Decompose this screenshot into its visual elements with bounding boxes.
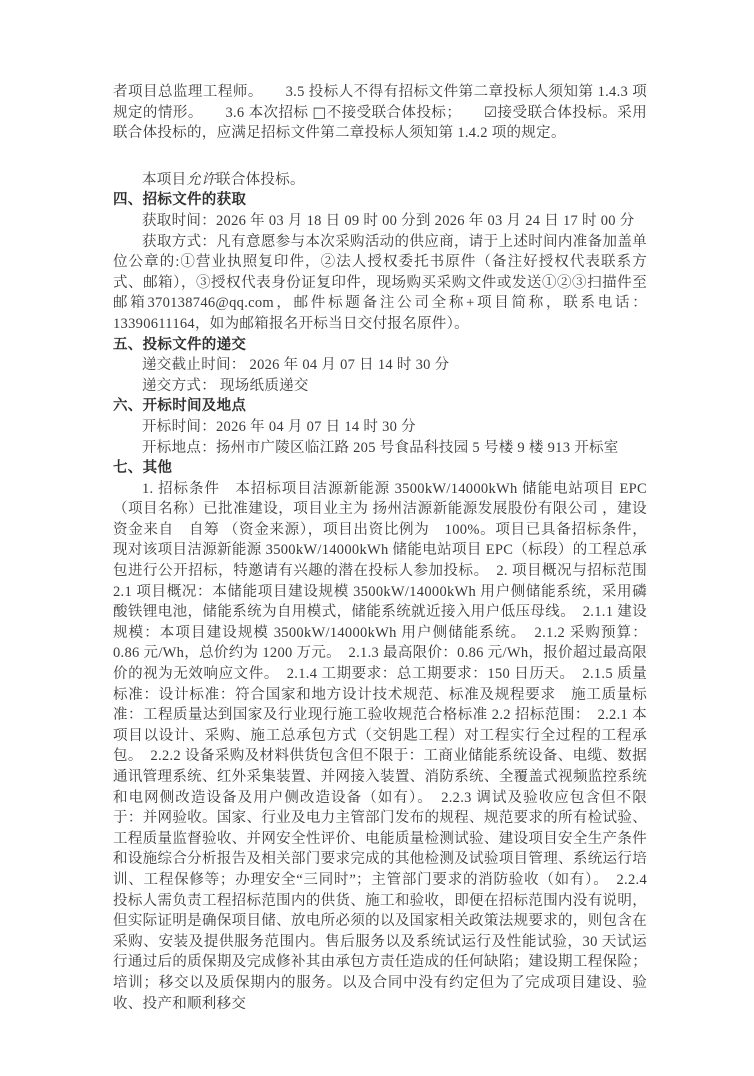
bid-requirements-text-2: 不接受联合体投标； <box>327 105 484 121</box>
submit-deadline-line: 递交截止时间： 2026 年 04 月 07 日 14 时 30 分 <box>113 355 647 376</box>
obtain-method-paragraph: 获取方式：凡有意愿参与本次采购活动的供应商，请于上述时间内准备加盖单位公章的:①… <box>113 232 647 335</box>
other-details-paragraph: 1. 招标条件 本招标项目洁源新能源 3500kW/14000kWh 储能电站项… <box>113 479 647 1014</box>
paragraph-bid-requirements: 者项目总监理工程师。 3.5 投标人不得有招标文件第二章投标人须知第 1.4.3… <box>113 82 647 144</box>
paragraph-joint-bid-allowed: 本项目允许联合体投标。 <box>113 170 647 191</box>
obtain-time-line: 获取时间：2026 年 03 月 18 日 09 时 00 分到 2026 年 … <box>113 211 647 232</box>
section-title-other: 七、其他 <box>113 458 647 479</box>
checkbox-unchecked-icon: □ <box>313 105 327 121</box>
document-page: 者项目总监理工程师。 3.5 投标人不得有招标文件第二章投标人须知第 1.4.3… <box>0 0 754 1076</box>
checkbox-checked-icon: ☑ <box>484 105 497 121</box>
document-content: 者项目总监理工程师。 3.5 投标人不得有招标文件第二章投标人须知第 1.4.3… <box>113 82 647 1014</box>
section-title-obtain-documents: 四、招标文件的获取 <box>113 190 647 211</box>
joint-bid-allowed-emphasis: 允许 <box>186 172 216 188</box>
opening-location-line: 开标地点：扬州市广陵区临江路 205 号食品科技园 5 号楼 9 楼 913 开… <box>113 438 647 459</box>
joint-bid-prefix: 本项目 <box>142 172 186 188</box>
opening-time-line: 开标时间：2026 年 04 月 07 日 14 时 30 分 <box>113 417 647 438</box>
section-title-submit-documents: 五、投标文件的递交 <box>113 335 647 356</box>
joint-bid-suffix: 联合体投标。 <box>216 172 305 188</box>
submit-method-line: 递交方式： 现场纸质递交 <box>113 376 647 397</box>
section-title-bid-opening: 六、开标时间及地点 <box>113 396 647 417</box>
